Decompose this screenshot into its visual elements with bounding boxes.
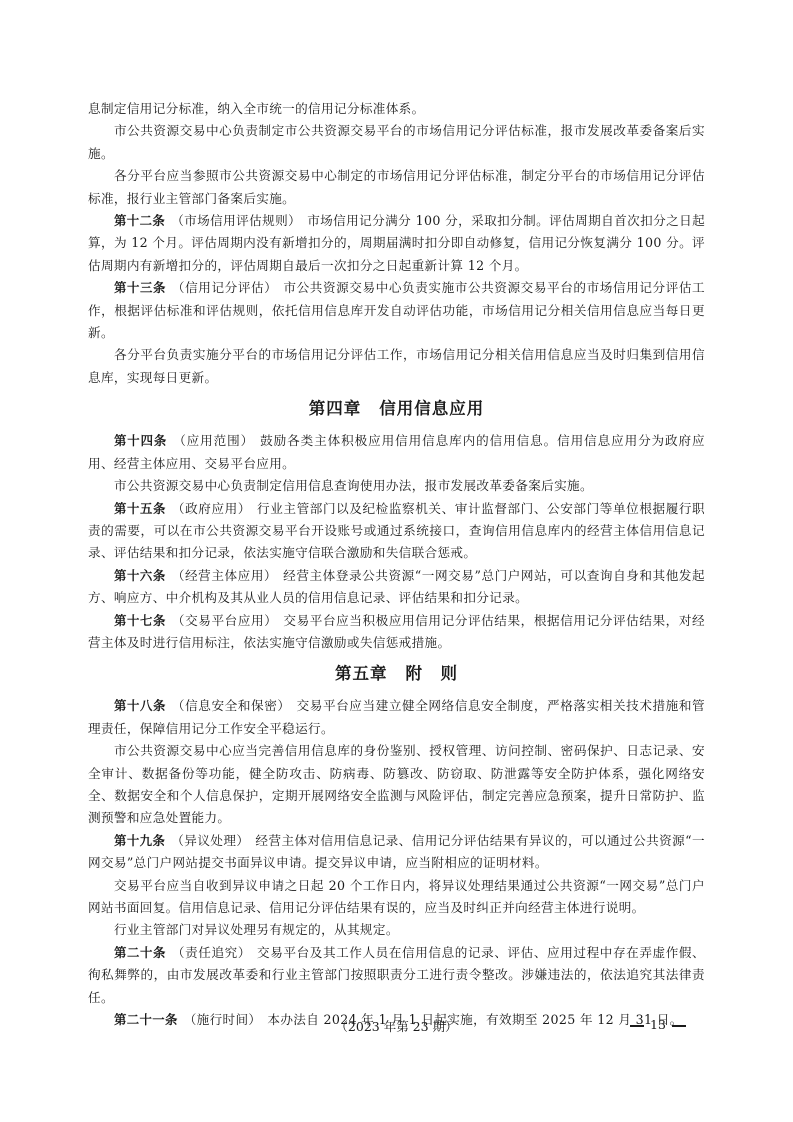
chapter-heading: 第四章信用信息应用: [88, 396, 705, 422]
article-16: 第十六条（经营主体应用）经营主体登录公共资源“一网交易”总门户网站，可以查询自身…: [88, 565, 705, 610]
paragraph: 交易平台应当自收到异议申请之日起 20 个工作日内，将异议处理结果通过公共资源“…: [88, 875, 705, 920]
article-title: （应用范围）: [173, 433, 254, 448]
document-body: 息制定信用记分标准，纳入全市统一的信用记分标准体系。 市公共资源交易中心负责制定…: [88, 98, 705, 1031]
article-title: （市场信用评估规则）: [171, 213, 301, 228]
chapter-number: 第五章: [335, 664, 388, 683]
paragraph: 市公共资源交易中心负责制定信用信息查询使用办法，报市发展改革委备案后实施。: [88, 475, 705, 497]
article-20: 第二十条（责任追究）交易平台及其工作人员在信用信息的记录、评估、应用过程中存在弄…: [88, 942, 705, 1009]
article-title: （信用记分评估）: [172, 280, 277, 295]
page-number-value: 13: [650, 1017, 666, 1032]
article-17: 第十七条（交易平台应用）交易平台应当积极应用信用记分评估结果，根据信用记分评估结…: [88, 610, 705, 655]
dash-decoration: [630, 1025, 644, 1027]
article-title: （经营主体应用）: [172, 568, 277, 583]
paragraph: 市公共资源交易中心应当完善信用信息库的身份鉴别、授权管理、访问控制、密码保护、日…: [88, 740, 705, 830]
article-title: （异议处理）: [171, 833, 249, 848]
article-title: （信息安全和保密）: [172, 698, 291, 713]
article-12: 第十二条（市场信用评估规则）市场信用记分满分 100 分，采取扣分制。评估周期自…: [88, 210, 705, 277]
article-label: 第十八条: [114, 698, 166, 713]
chapter-number: 第四章: [309, 399, 362, 418]
article-label: 第十九条: [114, 833, 165, 848]
article-label: 第十四条: [114, 433, 167, 448]
chapter-title: 信用信息应用: [379, 399, 484, 418]
dash-decoration: [672, 1025, 686, 1027]
article-19: 第十九条（异议处理）经营主体对信用信息记录、信用记分评估结果有异议的，可以通过公…: [88, 830, 705, 875]
article-14: 第十四条（应用范围）鼓励各类主体积极应用信用信息库内的信用信息。信用信息应用分为…: [88, 430, 705, 475]
article-label: 第十五条: [114, 501, 166, 516]
article-title: （责任追究）: [172, 945, 251, 960]
article-label: 第二十条: [114, 945, 166, 960]
article-label: 第十二条: [114, 213, 165, 228]
article-label: 第十六条: [114, 568, 166, 583]
paragraph: 各分平台应当参照市公共资源交易中心制定的市场信用记分评估标准，制定分平台的市场信…: [88, 165, 705, 210]
paragraph: 行业主管部门对异议处理另有规定的，从其规定。: [88, 919, 705, 941]
article-13: 第十三条（信用记分评估）市公共资源交易中心负责实施市公共资源交易平台的市场信用记…: [88, 277, 705, 344]
article-18: 第十八条（信息安全和保密）交易平台应当建立健全网络信息安全制度，严格落实相关技术…: [88, 695, 705, 740]
page-number: 13: [624, 1017, 692, 1032]
article-label: 第十七条: [114, 613, 166, 628]
paragraph: 息制定信用记分标准，纳入全市统一的信用记分标准体系。: [88, 98, 705, 120]
article-title: （交易平台应用）: [172, 613, 277, 628]
article-title: （政府应用）: [172, 501, 251, 516]
article-label: 第十三条: [114, 280, 166, 295]
chapter-heading: 第五章附 则: [88, 661, 705, 687]
paragraph: 市公共资源交易中心负责制定市公共资源交易平台的市场信用记分评估标准，报市发展改革…: [88, 120, 705, 165]
article-15: 第十五条（政府应用）行业主管部门以及纪检监察机关、审计监督部门、公安部门等单位根…: [88, 498, 705, 565]
paragraph: 各分平台负责实施分平台的市场信用记分评估工作，市场信用记分相关信用信息应当及时归…: [88, 344, 705, 389]
chapter-title: 附 则: [406, 664, 459, 683]
